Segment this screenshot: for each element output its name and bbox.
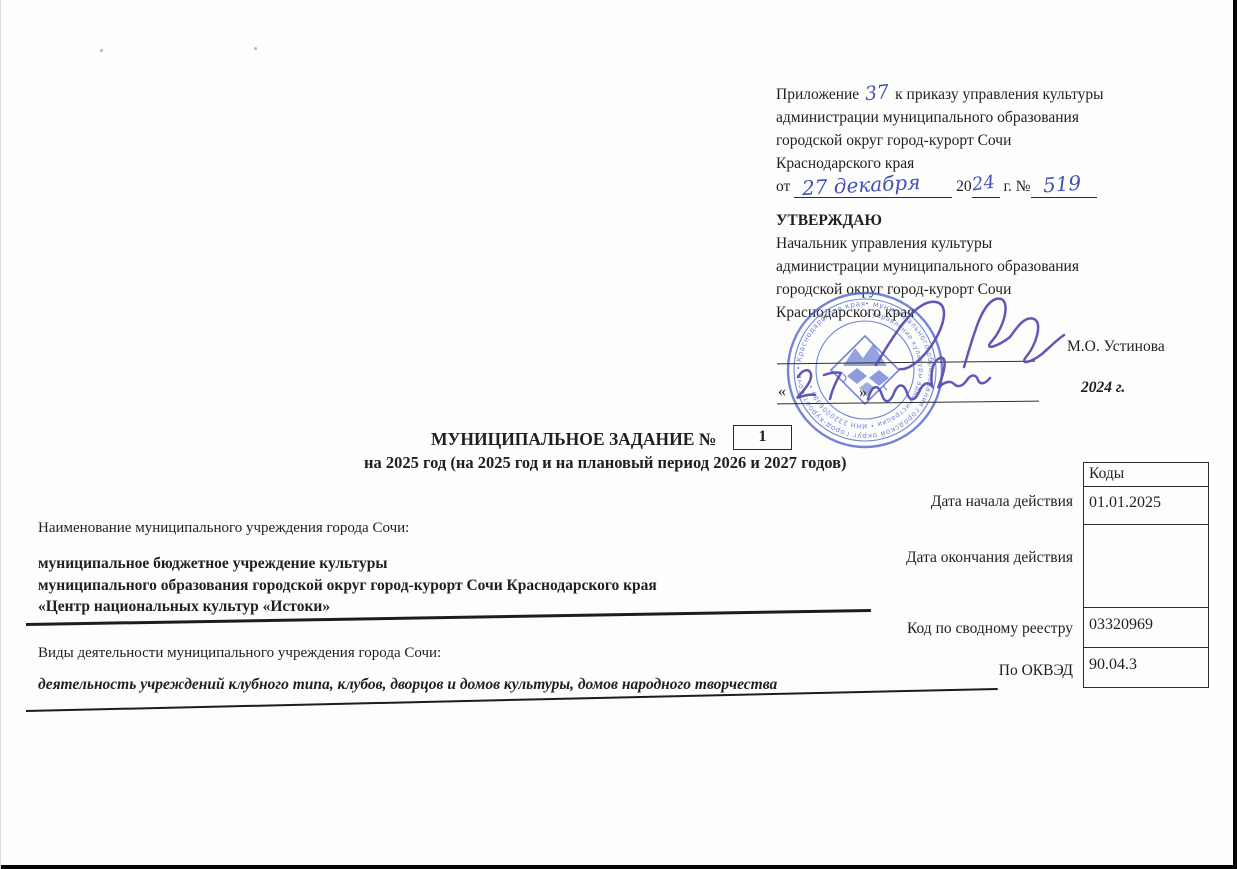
document-subtitle: на 2025 год (на 2025 год и на плановый п… xyxy=(364,453,847,473)
appendix-order-date-line: от 27 декабря 2024 г. №519 xyxy=(776,175,1104,201)
order-date-underline: 27 декабря xyxy=(794,180,952,198)
order-number-handwritten: 519 xyxy=(1042,172,1082,198)
institution-name: муниципальное бюджетное учреждение культ… xyxy=(38,553,657,618)
order-number-prefix: г. № xyxy=(1003,178,1030,195)
scan-border-bottom xyxy=(1,865,1237,869)
codes-cell-registry: 03320969 xyxy=(1083,608,1209,648)
signature-line-1 xyxy=(777,361,1035,365)
codes-cell-end-date xyxy=(1083,525,1209,608)
appendix-block: Приложение 37 к приказу управления культ… xyxy=(776,82,1104,201)
approval-line-2: администрации муниципального образования xyxy=(776,255,1079,278)
order-year-printed: 20 xyxy=(956,178,972,195)
approval-line-4: Краснодарского края xyxy=(776,301,1079,324)
order-number-underline: 519 xyxy=(1031,180,1097,198)
scan-speck xyxy=(254,47,257,50)
codes-cell-start-date: 01.01.2025 xyxy=(1083,487,1209,525)
activity-value: деятельность учреждений клубного типа, к… xyxy=(38,676,777,694)
codes-cell-okved: 90.04.3 xyxy=(1083,648,1209,688)
appendix-line-2: администрации муниципального образования xyxy=(776,106,1104,129)
appendix-prefix: Приложение xyxy=(776,86,859,103)
appendix-line-1: Приложение 37 к приказу управления культ… xyxy=(776,82,1104,106)
appendix-number-handwritten: 37 xyxy=(864,81,890,106)
appendix-suffix: к приказу управления культуры xyxy=(895,86,1103,103)
handwritten-month-scribble xyxy=(868,358,990,401)
institution-name-line-2: муниципального образования городской окр… xyxy=(38,575,657,597)
signer-name: М.О. Устинова xyxy=(1067,338,1165,356)
scanned-document-page: Приложение 37 к приказу управления культ… xyxy=(0,0,1237,869)
order-year-underline: 24 xyxy=(972,180,1000,198)
approval-quote-close: » xyxy=(859,384,867,402)
document-title: МУНИЦИПАЛЬНОЕ ЗАДАНИЕ № xyxy=(431,429,716,450)
approval-line-1: Начальник управления культуры xyxy=(776,232,1079,255)
approval-quote-open: « xyxy=(778,383,786,401)
label-okved: По ОКВЭД xyxy=(999,661,1073,681)
order-date-handwritten: 27 декабря xyxy=(802,171,921,200)
order-date-prefix: от xyxy=(776,178,790,195)
order-year-handwritten: 24 xyxy=(970,171,996,197)
approval-heading: УТВЕРЖДАЮ xyxy=(776,209,1079,232)
handwritten-day-2 xyxy=(797,370,815,398)
svg-text:• управление культуры админист: • управление культуры администрации • ИН… xyxy=(807,310,925,430)
handwritten-day-7 xyxy=(824,372,841,399)
label-registry-code: Код по сводному реестру xyxy=(907,619,1073,639)
label-end-date: Дата окончания действия xyxy=(903,548,1073,568)
approval-line-3: городской округ город-курорт Сочи xyxy=(776,278,1079,301)
approval-year: 2024 г. xyxy=(1081,379,1125,397)
codes-table: Коды 01.01.2025 03320969 90.04.3 xyxy=(1083,462,1209,688)
stamp-ring-inner-text: • управление культуры администрации • ИН… xyxy=(807,310,925,430)
codes-header-cell: Коды xyxy=(1083,462,1209,487)
scan-border-right xyxy=(1233,0,1237,869)
institution-label: Наименование муниципального учреждения г… xyxy=(38,520,409,537)
approval-block: УТВЕРЖДАЮ Начальник управления культуры … xyxy=(776,209,1079,324)
scan-speck xyxy=(100,49,103,52)
task-number-box: 1 xyxy=(733,425,792,450)
appendix-line-3: городской округ город-курорт Сочи xyxy=(776,129,1104,152)
label-start-date: Дата начала действия xyxy=(931,492,1073,512)
signature-line-2 xyxy=(777,401,1039,405)
activity-label: Виды деятельности муниципального учрежде… xyxy=(38,645,441,662)
institution-name-line-1: муниципальное бюджетное учреждение культ… xyxy=(38,553,657,575)
